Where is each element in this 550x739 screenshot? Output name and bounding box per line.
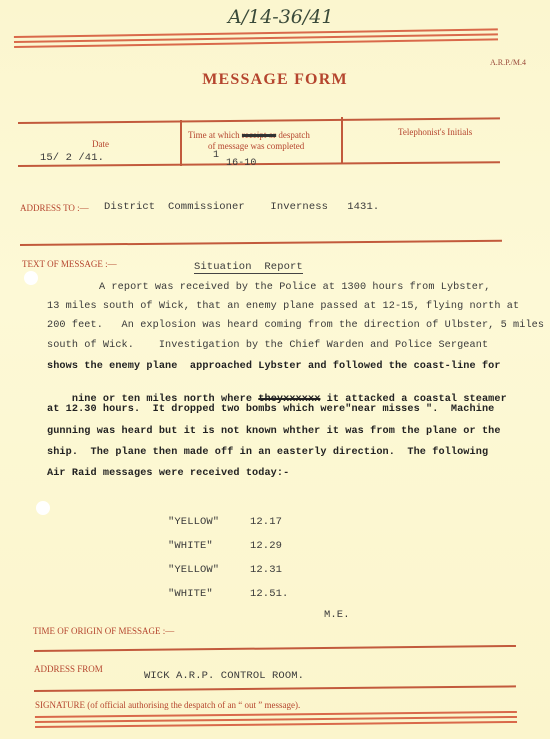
struck-receipt-or: receipt or [242, 130, 276, 140]
message-line-10: Air Raid messages were received today:- [47, 468, 289, 479]
form-title: MESSAGE FORM [0, 71, 550, 89]
top-triple-rule [14, 28, 498, 49]
address-to-value: District Commissioner Inverness 1431. [104, 201, 379, 213]
date-value: 15/ 2 /41. [40, 152, 104, 164]
address-from-label: ADDRESS FROM [34, 664, 103, 674]
air-raid-time-2: 12.29 [250, 540, 282, 552]
punch-hole-bottom [36, 501, 50, 515]
telephonist-initials-label: Telephonist's Initials [398, 127, 472, 137]
signature-label: SIGNATURE (of official authorising the d… [35, 700, 300, 710]
message-line-7: at 12.30 hours. It dropped two bombs whi… [47, 404, 494, 415]
form-code: A.R.P./M.4 [490, 58, 526, 67]
date-label: Date [92, 139, 109, 149]
message-line-9: ship. The plane then made off in an east… [47, 447, 488, 458]
sender-initials: M.E. [324, 609, 350, 621]
message-line-5: shows the enemy plane approached Lybster… [47, 361, 501, 372]
punch-hole-top [24, 271, 38, 285]
air-raid-time-1: 12.17 [250, 516, 282, 528]
table-top-rule [18, 117, 500, 124]
table-divider-2 [341, 117, 343, 163]
message-form-page: A/14-36/41 A.R.P./M.4 MESSAGE FORM Date … [0, 0, 550, 739]
air-raid-colour-1: "YELLOW" [168, 516, 219, 528]
message-line-1: A report was received by the Police at 1… [99, 282, 490, 293]
message-line-4: south of Wick. Investigation by the Chie… [47, 340, 488, 351]
message-heading: Situation Report [194, 261, 303, 274]
message-line-8: gunning was heard but it is not known wh… [47, 426, 501, 437]
address-from-value: WICK A.R.P. CONTROL ROOM. [144, 670, 304, 682]
air-raid-colour-3: "YELLOW" [168, 564, 219, 576]
message-line-2: 13 miles south of Wick, that an enemy pl… [47, 301, 519, 312]
time-value-correction: 1 [213, 150, 219, 161]
table-divider-1 [180, 120, 182, 166]
time-label-line1: Time at which receipt or despatch [188, 130, 310, 140]
time-value: 16-10 [226, 158, 257, 169]
air-raid-colour-2: "WHITE" [168, 540, 213, 552]
air-raid-colour-4: "WHITE" [168, 588, 213, 600]
address-to-label: ADDRESS TO :— [20, 203, 89, 213]
address-to-rule [20, 240, 502, 246]
archive-reference: A/14-36/41 [228, 6, 333, 28]
air-raid-time-4: 12.51. [250, 588, 288, 600]
bottom-triple-rule [35, 711, 517, 729]
time-of-origin-rule [34, 645, 516, 652]
time-of-origin-label: TIME OF ORIGIN OF MESSAGE :— [33, 626, 174, 636]
message-line-3: 200 feet. An explosion was heard coming … [47, 320, 544, 331]
air-raid-time-3: 12.31 [250, 564, 282, 576]
address-from-rule [34, 685, 516, 692]
text-of-message-label: TEXT OF MESSAGE :— [22, 259, 117, 269]
time-label-line2: of message was completed [208, 141, 304, 151]
